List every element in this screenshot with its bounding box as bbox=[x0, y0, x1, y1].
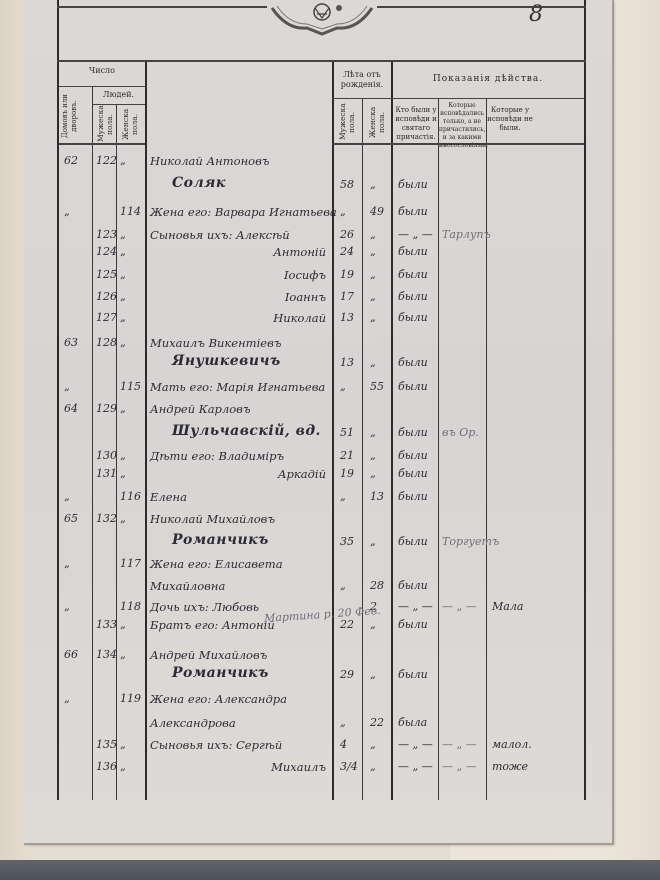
header-age: Лѣта отъ рожденія. bbox=[334, 70, 390, 90]
header-rule bbox=[332, 98, 584, 99]
female-number: „ bbox=[120, 336, 126, 350]
age-female: „ bbox=[370, 668, 376, 682]
female-number: 116 bbox=[120, 490, 141, 504]
confessed-mark: были bbox=[398, 380, 428, 394]
crest-seal-icon bbox=[267, 0, 377, 36]
person-name: Аркадій bbox=[278, 467, 326, 481]
age-female: 28 bbox=[370, 579, 384, 593]
table-surface bbox=[0, 860, 660, 880]
age-male: „ bbox=[340, 716, 346, 730]
confessed-mark: были bbox=[398, 356, 428, 370]
confessed-mark: была bbox=[398, 716, 427, 730]
col-divider bbox=[438, 98, 439, 800]
age-female: „ bbox=[370, 245, 376, 259]
female-number: „ bbox=[120, 154, 126, 168]
person-name: Іосифъ bbox=[284, 268, 326, 282]
household-number: 64 bbox=[64, 402, 78, 416]
confessed-mark: — „ — bbox=[398, 228, 433, 242]
household-number: „ bbox=[64, 692, 70, 706]
person-name: Николай Антоновъ bbox=[150, 154, 269, 168]
person-name: Александрова bbox=[150, 716, 236, 730]
confessed-only-mark: — „ — bbox=[442, 760, 477, 774]
female-number: „ bbox=[120, 648, 126, 662]
col-divider bbox=[486, 98, 487, 800]
age-female: „ bbox=[370, 760, 376, 774]
header-persons: Людей. bbox=[92, 90, 145, 100]
male-number: 133 bbox=[96, 618, 117, 632]
surname: Романчикъ bbox=[172, 666, 269, 680]
not-confessed-mark: малол. bbox=[492, 738, 532, 752]
age-female: 49 bbox=[370, 205, 384, 219]
surname: Шульчавскій, вд. bbox=[172, 424, 321, 438]
confessed-mark: — „ — bbox=[398, 600, 433, 614]
female-number: „ bbox=[120, 449, 126, 463]
household-number: 63 bbox=[64, 336, 78, 350]
age-male: „ bbox=[340, 380, 346, 394]
header-male: Мужеска пола. bbox=[96, 106, 114, 142]
confessed-mark: были bbox=[398, 245, 428, 259]
household-number: „ bbox=[64, 557, 70, 571]
age-male: 17 bbox=[340, 290, 354, 304]
female-number: „ bbox=[120, 467, 126, 481]
female-number: 115 bbox=[120, 380, 141, 394]
household-number: „ bbox=[64, 600, 70, 614]
female-number: 118 bbox=[120, 600, 141, 614]
header-confessed: Кто были у исповѣди и святаго причастія. bbox=[394, 106, 438, 142]
age-female: „ bbox=[370, 738, 376, 752]
not-confessed-mark: Мала bbox=[492, 600, 523, 614]
age-female: „ bbox=[370, 178, 376, 192]
male-number: 136 bbox=[96, 760, 117, 774]
confessed-mark: были bbox=[398, 426, 428, 440]
age-male: 3/4 bbox=[340, 760, 358, 774]
frame-top-left bbox=[57, 6, 267, 8]
surname: Романчикъ bbox=[172, 533, 269, 547]
person-name: Дочь ихъ: Любовь bbox=[150, 600, 259, 614]
female-number: „ bbox=[120, 760, 126, 774]
col-divider bbox=[362, 98, 363, 800]
person-name: Сыновья ихъ: Алексѣй bbox=[150, 228, 290, 242]
household-number: „ bbox=[64, 205, 70, 219]
confessed-mark: были bbox=[398, 290, 428, 304]
age-female: „ bbox=[370, 268, 376, 282]
header-age-female: Женска пола. bbox=[368, 102, 386, 142]
age-female: 55 bbox=[370, 380, 384, 394]
age-female: „ bbox=[370, 311, 376, 325]
confessed-mark: были bbox=[398, 467, 428, 481]
age-female: „ bbox=[370, 618, 376, 632]
confessed-mark: были bbox=[398, 535, 428, 549]
person-name: Іоаннъ bbox=[285, 290, 326, 304]
confessed-mark: были bbox=[398, 618, 428, 632]
person-name: Братъ его: Антоній bbox=[150, 618, 275, 632]
person-name: Михайловна bbox=[150, 579, 225, 593]
header-age-male: Мужеска пола. bbox=[338, 102, 356, 142]
male-number: 135 bbox=[96, 738, 117, 752]
person-name: Михаилъ Викентіевъ bbox=[150, 336, 281, 350]
header-confession: Показанія дѣйства. bbox=[393, 74, 583, 84]
confessed-only-mark: — „ — bbox=[442, 600, 477, 614]
female-number: „ bbox=[120, 402, 126, 416]
header-bottom-rule bbox=[59, 143, 145, 145]
female-number: 114 bbox=[120, 205, 141, 219]
confessed-mark: были bbox=[398, 449, 428, 463]
confessed-only-mark: въ Ор. bbox=[442, 426, 479, 440]
household-number: „ bbox=[64, 380, 70, 394]
male-number: 134 bbox=[96, 648, 117, 662]
male-number: 125 bbox=[96, 268, 117, 282]
age-male: 13 bbox=[340, 356, 354, 370]
age-male: 19 bbox=[340, 268, 354, 282]
col-divider bbox=[92, 86, 93, 800]
age-male: „ bbox=[340, 490, 346, 504]
age-male: 4 bbox=[340, 738, 347, 752]
male-number: 129 bbox=[96, 402, 117, 416]
female-number: 119 bbox=[120, 692, 141, 706]
confessed-mark: — „ — bbox=[398, 760, 433, 774]
person-name: Николай bbox=[273, 311, 326, 325]
pencil-annotation: Мартина р. 20 Фев. bbox=[264, 604, 381, 626]
male-number: 122 bbox=[96, 154, 117, 168]
age-male: „ bbox=[340, 579, 346, 593]
female-number: „ bbox=[120, 245, 126, 259]
person-name: Андрей Карловъ bbox=[150, 402, 251, 416]
female-number: „ bbox=[120, 512, 126, 526]
female-number: „ bbox=[120, 228, 126, 242]
age-male: 58 bbox=[340, 178, 354, 192]
age-female: „ bbox=[370, 290, 376, 304]
age-male: 24 bbox=[340, 245, 354, 259]
confessed-mark: были bbox=[398, 178, 428, 192]
age-male: 29 bbox=[340, 668, 354, 682]
person-name: Мать его: Марія Игнатьева bbox=[150, 380, 325, 394]
surname: Янушкевичъ bbox=[172, 354, 281, 368]
person-name: Жена его: Александра bbox=[150, 692, 287, 706]
household-number: 65 bbox=[64, 512, 78, 526]
col-divider bbox=[332, 62, 334, 800]
age-female: „ bbox=[370, 426, 376, 440]
female-number: „ bbox=[120, 311, 126, 325]
household-number: „ bbox=[64, 490, 70, 504]
male-number: 131 bbox=[96, 467, 117, 481]
frame-right bbox=[584, 0, 586, 800]
male-number: 127 bbox=[96, 311, 117, 325]
header-households: Домовъ или дворовъ. bbox=[61, 90, 91, 142]
age-male: 26 bbox=[340, 228, 354, 242]
frame-left bbox=[57, 0, 59, 800]
confessed-mark: были bbox=[398, 311, 428, 325]
confessed-mark: — „ — bbox=[398, 738, 433, 752]
male-number: 128 bbox=[96, 336, 117, 350]
male-number: 130 bbox=[96, 449, 117, 463]
male-number: 126 bbox=[96, 290, 117, 304]
person-name: Михаилъ bbox=[271, 760, 326, 774]
person-name: Андрей Михайловъ bbox=[150, 648, 267, 662]
male-number: 132 bbox=[96, 512, 117, 526]
confessed-mark: были bbox=[398, 268, 428, 282]
col-divider bbox=[391, 62, 393, 800]
age-male: „ bbox=[340, 205, 346, 219]
age-female: „ bbox=[370, 228, 376, 242]
confessed-only-mark: — „ — bbox=[442, 738, 477, 752]
age-male: 51 bbox=[340, 426, 354, 440]
person-name: Дѣти его: Владиміръ bbox=[150, 449, 284, 463]
household-number: 62 bbox=[64, 154, 78, 168]
age-female: „ bbox=[370, 356, 376, 370]
age-female: „ bbox=[370, 467, 376, 481]
male-number: 123 bbox=[96, 228, 117, 242]
frame-top-right bbox=[377, 6, 586, 8]
age-female: 22 bbox=[370, 716, 384, 730]
confessed-mark: были bbox=[398, 668, 428, 682]
age-male: 13 bbox=[340, 311, 354, 325]
age-female: 13 bbox=[370, 490, 384, 504]
female-number: „ bbox=[120, 290, 126, 304]
person-name: Николай Михайловъ bbox=[150, 512, 275, 526]
household-number: 66 bbox=[64, 648, 78, 662]
person-name: Жена его: Варвара Игнатьева bbox=[150, 205, 337, 219]
age-male: 19 bbox=[340, 467, 354, 481]
confessed-mark: были bbox=[398, 205, 428, 219]
header-confessed-only: Которые исповѣдались только, а не причас… bbox=[439, 102, 485, 150]
age-male: 21 bbox=[340, 449, 354, 463]
confessed-mark: были bbox=[398, 490, 428, 504]
header-number: Число bbox=[59, 66, 145, 76]
age-female: „ bbox=[370, 449, 376, 463]
person-name: Жена его: Елисавета bbox=[150, 557, 283, 571]
not-confessed-mark: тоже bbox=[492, 760, 528, 774]
surname: Соляк bbox=[172, 176, 226, 190]
register-page: 8 Число Домовъ или дворовъ. Людей. Мужес… bbox=[24, 0, 614, 845]
header-not-confessed: Которые у исповѣди не были. bbox=[487, 106, 533, 133]
person-name: Антоній bbox=[273, 245, 326, 259]
age-female: „ bbox=[370, 535, 376, 549]
confessed-mark: были bbox=[398, 579, 428, 593]
female-number: 117 bbox=[120, 557, 141, 571]
male-number: 124 bbox=[96, 245, 117, 259]
female-number: „ bbox=[120, 618, 126, 632]
header-top-rule bbox=[57, 60, 586, 62]
female-number: „ bbox=[120, 268, 126, 282]
header-female: Женска пола. bbox=[121, 106, 139, 142]
confessed-only-mark: Тарлупъ bbox=[442, 228, 491, 242]
female-number: „ bbox=[120, 738, 126, 752]
age-male: 35 bbox=[340, 535, 354, 549]
person-name: Сыновья ихъ: Сергѣй bbox=[150, 738, 282, 752]
person-name: Елена bbox=[150, 490, 187, 504]
header-rule bbox=[59, 86, 145, 87]
confessed-only-mark: Торгуетъ bbox=[442, 535, 499, 549]
col-divider bbox=[145, 62, 147, 800]
